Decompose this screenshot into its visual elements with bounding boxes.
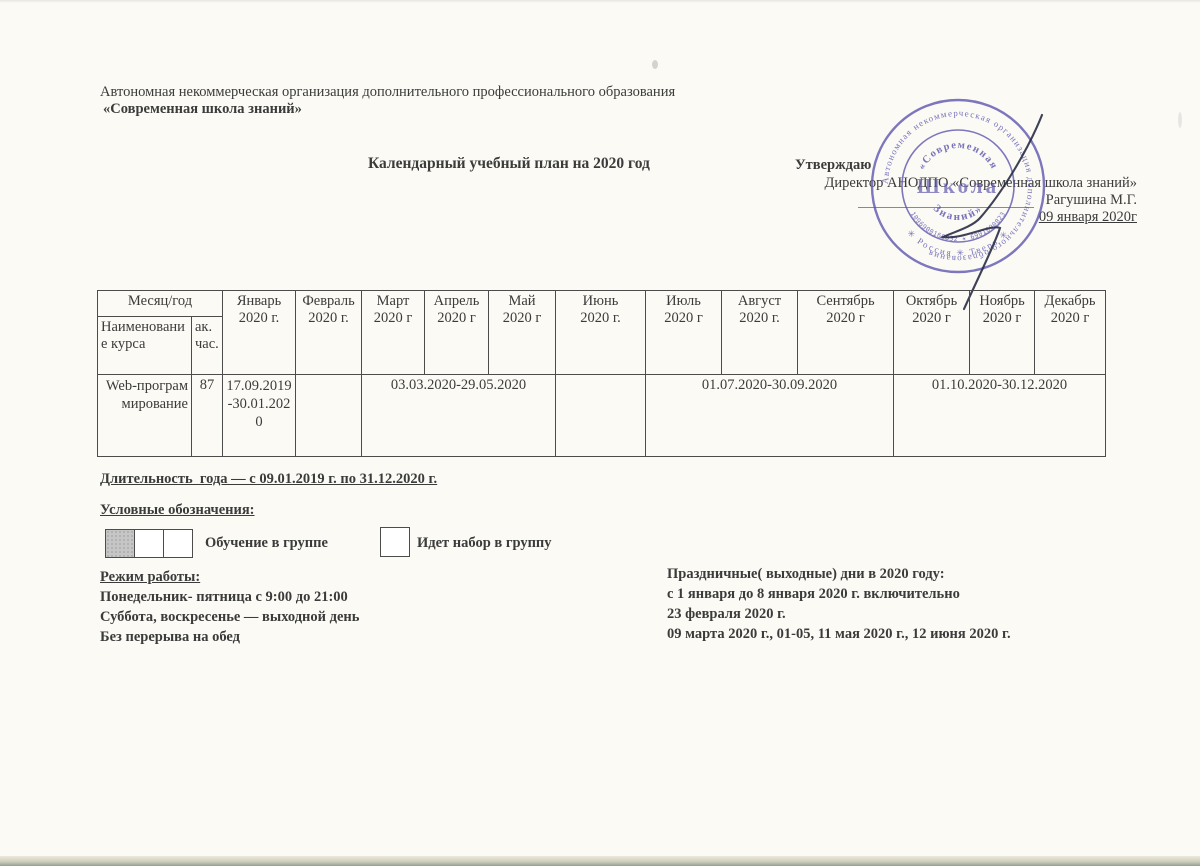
holidays-line: 09 марта 2020 г., 01-05, 11 мая 2020 г.,… [667,624,1011,644]
month-header-september: Сентябрь 2020 г [798,291,894,375]
month-header-december: Декабрь 2020 г [1035,291,1106,375]
month-name: Октябрь [897,293,966,310]
scan-speck [1178,112,1182,128]
org-name-line2: «Современная школа знаний» [100,101,675,118]
month-year: 2020 г [428,310,485,327]
working-hours-line: Суббота, воскресенье — выходной день [100,607,359,627]
calendar-plan-table: Месяц/год Январь 2020 г. Февраль 2020 г.… [97,290,1106,457]
month-header-february: Февраль 2020 г. [296,291,362,375]
month-name: Май [492,293,552,310]
period-july-september-cell: 01.07.2020-30.09.2020 [646,375,894,457]
approval-date: 09 января 2020г [1039,209,1137,226]
month-year: 2020 г [492,310,552,327]
legend-title: Условные обозначения: [100,502,255,519]
month-name: Июнь [559,293,642,310]
org-header: Автономная некоммерческая организация до… [100,84,675,118]
holidays-title: Праздничные( выходные) дни в 2020 году: [667,564,1011,584]
legend-enrollment-swatch [380,527,410,557]
legend-training-label: Обучение в группе [205,535,328,552]
academic-hours-column-header: ак. час. [192,317,223,375]
month-header-june: Июнь 2020 г. [556,291,646,375]
legend-shaded-cell [105,529,134,558]
month-name: Июль [649,293,718,310]
month-header-march: Март 2020 г [362,291,425,375]
table-corner-cell: Месяц/год [98,291,223,317]
month-header-january: Январь 2020 г. [223,291,296,375]
month-year: 2020 г. [299,310,358,327]
month-year: 2020 г. [226,310,292,327]
month-year: 2020 г. [725,310,794,327]
month-header-august: Август 2020 г. [722,291,798,375]
scanned-document-page: Автономная некоммерческая организация до… [0,0,1200,866]
holidays-line: с 1 января до 8 января 2020 г. включител… [667,584,1011,604]
approval-label: Утверждаю [795,157,871,174]
month-name: Апрель [428,293,485,310]
course-hours-cell: 87 [192,375,223,457]
seal-svg: Автономная некоммерческая организация до… [850,88,1070,318]
month-name: Ноябрь [973,293,1031,310]
month-header-october: Октябрь 2020 г [894,291,970,375]
org-name-line1: Автономная некоммерческая организация до… [100,84,675,101]
seal-inner-bottom-text: Знаний» [931,202,985,223]
document-title: Календарный учебный план на 2020 год [368,155,650,173]
organization-seal: Автономная некоммерческая организация до… [850,88,1070,318]
seal-inner-top-text: «Современная [916,140,999,172]
month-name: Август [725,293,794,310]
month-name: Февраль [299,293,358,310]
approval-director-name: Рагушина М.Г. [1046,192,1137,209]
svg-text:«Современная: «Современная [916,140,999,172]
svg-text:1096900160832 ✶ 6901090823: 1096900160832 ✶ 6901090823 [909,210,1008,243]
month-header-november: Ноябрь 2020 г [970,291,1035,375]
month-year: 2020 г. [559,310,642,327]
working-hours-title: Режим работы: [100,567,359,587]
month-year: 2020 г [649,310,718,327]
course-name-cell: Web-программирование [98,375,192,457]
holidays-line: 23 февраля 2020 г. [667,604,1011,624]
month-year: 2020 г [973,310,1031,327]
scan-edge-bottom [0,856,1200,866]
period-january-cell: 17.09.2019-30.01.2020 [223,375,296,457]
seal-ogrn-inn-numbers: 1096900160832 ✶ 6901090823 [909,210,1008,243]
legend-empty-cell [134,529,163,558]
period-february-cell [296,375,362,457]
svg-text:Знаний»: Знаний» [931,202,985,223]
working-hours-line: Понедельник- пятница с 9:00 до 21:00 [100,587,359,607]
month-year: 2020 г [801,310,890,327]
signature-line [858,207,1034,208]
legend-empty-cell [163,529,193,558]
month-header-july: Июль 2020 г [646,291,722,375]
month-name: Январь [226,293,292,310]
month-name: Март [365,293,421,310]
period-march-may-cell: 03.03.2020-29.05.2020 [362,375,556,457]
month-header-may: Май 2020 г [489,291,556,375]
legend-enrollment-label: Идет набор в группу [417,535,552,552]
month-year: 2020 г [897,310,966,327]
month-header-april: Апрель 2020 г [425,291,489,375]
period-october-december-cell: 01.10.2020-30.12.2020 [894,375,1106,457]
svg-text:✳ Россия ✳ Тверь ✳: ✳ Россия ✳ Тверь ✳ [905,228,1011,259]
approval-director-line: Директор АНОДПО «Современная школа знани… [825,175,1137,192]
scan-edge-top [0,0,1200,3]
month-name: Сентябрь [801,293,890,310]
table-row: Web-программирование 87 17.09.2019-30.01… [98,375,1106,457]
course-name-column-header: Наименование курса [98,317,192,375]
period-june-cell [556,375,646,457]
director-signature [943,115,1042,309]
month-name: Декабрь [1038,293,1102,310]
holidays-block: Праздничные( выходные) дни в 2020 году: … [667,564,1011,644]
seal-country-text: ✳ Россия ✳ Тверь ✳ [905,228,1011,259]
working-hours-line: Без перерыва на обед [100,627,359,647]
year-duration-note: Длительность года — с 09.01.2019 г. по 3… [100,471,437,488]
working-hours-block: Режим работы: Понедельник- пятница с 9:0… [100,567,359,647]
month-year: 2020 г [365,310,421,327]
scan-speck [652,60,658,69]
legend-training-swatch [105,529,193,558]
month-year: 2020 г [1038,310,1102,327]
